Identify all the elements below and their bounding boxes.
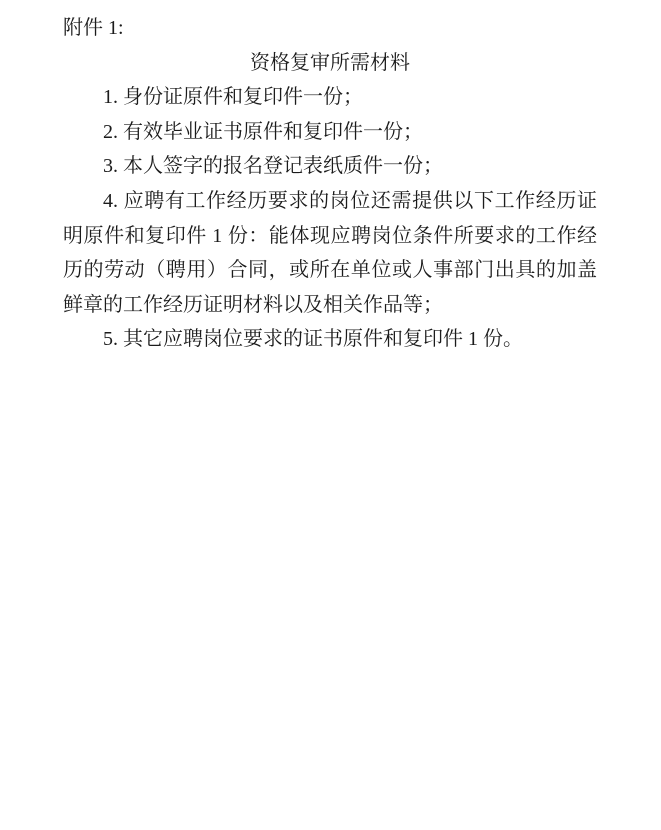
list-item-2: 2. 有效毕业证书原件和复印件一份； [63, 115, 597, 150]
list-item-3: 3. 本人签字的报名登记表纸质件一份； [63, 149, 597, 184]
document-title: 资格复审所需材料 [63, 46, 597, 81]
document-page: 附件 1: 资格复审所需材料 1. 身份证原件和复印件一份； 2. 有效毕业证书… [0, 0, 661, 830]
list-item-5: 5. 其它应聘岗位要求的证书原件和复印件 1 份。 [63, 322, 597, 357]
attachment-label: 附件 1: [63, 11, 597, 46]
list-item-1: 1. 身份证原件和复印件一份； [63, 80, 597, 115]
list-item-4: 4. 应聘有工作经历要求的岗位还需提供以下工作经历证明原件和复印件 1 份：能体… [63, 184, 597, 322]
